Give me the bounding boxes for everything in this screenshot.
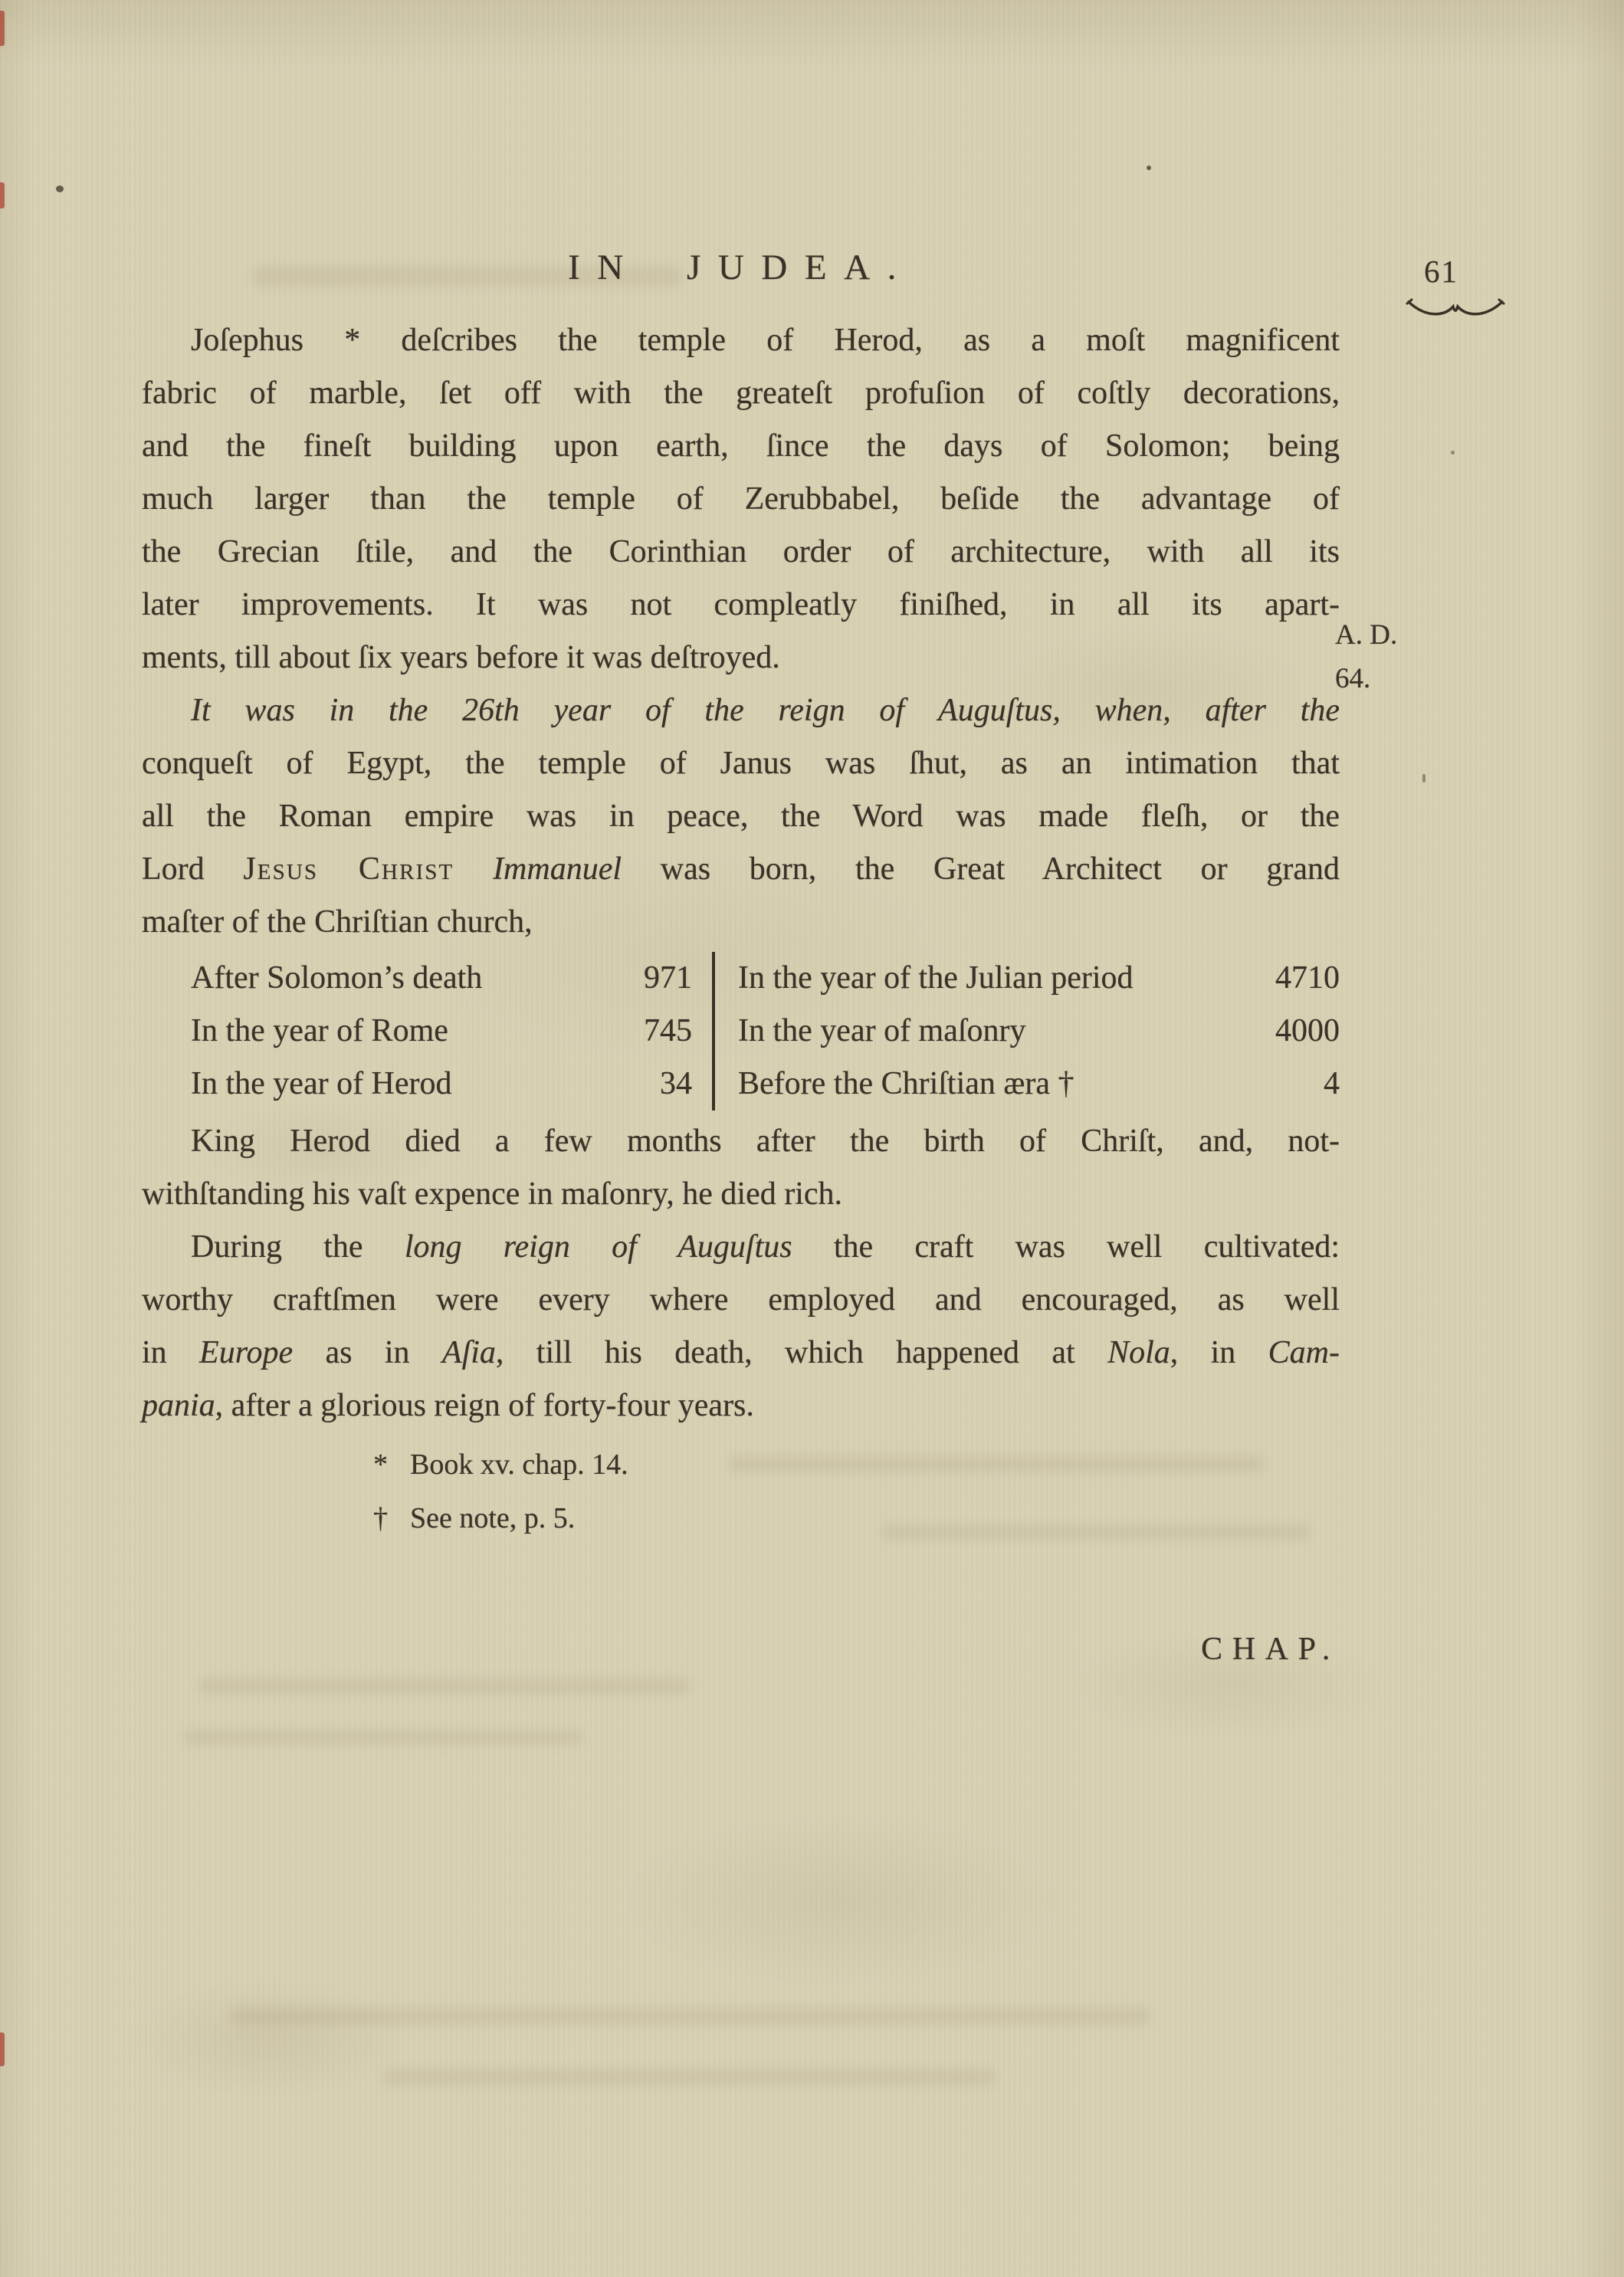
text-segment: was born, the Great Architect or grand: [622, 851, 1340, 887]
text-line: Lord Jesus Christ Immanuel was born, the…: [142, 843, 1340, 896]
page-number-flourish: [1406, 296, 1505, 323]
edge-mark: [0, 11, 5, 46]
chronology-value: 4000: [1255, 1005, 1340, 1058]
text-segment: Nola: [1107, 1335, 1170, 1370]
chronology-table: After Solomon’s death971In the year of R…: [142, 952, 1340, 1111]
text-segment: Immanuel: [493, 851, 622, 887]
chronology-row: In the year of maſonry4000: [738, 1005, 1340, 1058]
footnote: †See note, p. 5.: [373, 1491, 1571, 1545]
running-title: IN JUDEA.: [142, 247, 1340, 288]
chronology-value: 971: [608, 952, 692, 1005]
text-segment: later improvements. It was not compleatl…: [142, 587, 1340, 622]
catchword: CHAP.: [142, 1631, 1380, 1668]
text-segment: Joſephus * deſcribes the temple of Herod…: [191, 323, 1340, 358]
text-segment: Cam-: [1268, 1335, 1340, 1370]
chronology-label: Before the Chriſtian æra †: [738, 1058, 1255, 1111]
text-segment: all the Roman empire was in peace, the W…: [142, 799, 1340, 834]
text-segment: King Herod died a few months after the b…: [191, 1124, 1340, 1159]
text-segment: worthy craftſmen were every where employ…: [142, 1282, 1340, 1317]
ink-speck: [56, 185, 64, 192]
ink-speck: [1422, 774, 1426, 783]
text-segment: conqueſt of Egypt, the temple of Janus w…: [142, 746, 1340, 781]
brace-ornament-icon: [1406, 296, 1505, 323]
margin-note: A. D. 64.: [1335, 613, 1397, 700]
showthrough-smudge: [199, 1678, 690, 1694]
text-line: in Europe as in Aſia, till his death, wh…: [142, 1327, 1340, 1380]
footnote-marker: *: [373, 1438, 410, 1491]
text-line: conqueſt of Egypt, the temple of Janus w…: [142, 737, 1340, 790]
chronology-value: 745: [608, 1005, 692, 1058]
text-segment: in: [142, 1335, 199, 1370]
ink-speck: [1147, 166, 1151, 170]
book-page: IN JUDEA. 61 A. D. 64. Joſephus * deſcri…: [0, 0, 1624, 2277]
text-block: Joſephus * deſcribes the temple of Herod…: [142, 314, 1340, 1432]
text-segment: Lord: [142, 851, 243, 887]
chronology-row: In the year of Rome745: [191, 1005, 692, 1058]
chronology-value: 4: [1255, 1058, 1340, 1111]
margin-note-era: A. D.: [1335, 613, 1397, 657]
chronology-row: In the year of Herod34: [191, 1058, 692, 1111]
footnote-text: Book xv. chap. 14.: [410, 1449, 628, 1481]
text-segment: the craft was well cultivated:: [792, 1229, 1340, 1265]
chronology-value: 4710: [1255, 952, 1340, 1005]
chronology-row: In the year of the Julian period4710: [738, 952, 1340, 1005]
footnote-marker: †: [373, 1491, 410, 1545]
text-line: fabric of marble, ſet off with the great…: [142, 367, 1340, 420]
text-segment: Jesus Christ: [243, 851, 454, 887]
paragraph: It was in the 26th year of the reign of …: [142, 684, 1340, 949]
text-segment: Europe: [199, 1335, 293, 1370]
text-line: much larger than the temple of Zerubbabe…: [142, 473, 1340, 526]
text-line: all the Roman empire was in peace, the W…: [142, 790, 1340, 843]
chronology-row: After Solomon’s death971: [191, 952, 692, 1005]
footnotes: *Book xv. chap. 14. †See note, p. 5.: [142, 1438, 1571, 1545]
text-line: During the long reign of Auguſtus the cr…: [142, 1221, 1340, 1274]
text-segment: ments, till about ſix years before it wa…: [142, 640, 780, 675]
showthrough-smudge: [230, 2008, 1150, 2025]
text-line: later improvements. It was not compleatl…: [142, 579, 1340, 632]
text-line: King Herod died a few months after the b…: [142, 1115, 1340, 1168]
text-segment: , in: [1170, 1335, 1268, 1370]
footnote-text: See note, p. 5.: [410, 1502, 575, 1534]
chronology-value: 34: [608, 1058, 692, 1111]
text-segment: [454, 851, 493, 887]
edge-mark: [0, 182, 5, 208]
chronology-left-column: After Solomon’s death971In the year of R…: [142, 952, 715, 1111]
chronology-label: In the year of maſonry: [738, 1005, 1255, 1058]
paragraph: King Herod died a few months after the b…: [142, 1115, 1340, 1221]
text-segment: Aſia: [442, 1335, 496, 1370]
text-segment: fabric of marble, ſet off with the great…: [142, 376, 1340, 411]
text-segment: , after a glorious reign of forty-four y…: [215, 1388, 754, 1423]
text-line: Joſephus * deſcribes the temple of Herod…: [142, 314, 1340, 367]
edge-mark: [0, 2033, 5, 2066]
text-line: and the fineſt building upon earth, ſinc…: [142, 420, 1340, 473]
text-line: the Grecian ſtile, and the Corinthian or…: [142, 526, 1340, 579]
text-line: worthy craftſmen were every where employ…: [142, 1274, 1340, 1327]
chronology-label: After Solomon’s death: [191, 952, 608, 1005]
text-segment: and the fineſt building upon earth, ſinc…: [142, 428, 1340, 464]
page-number: 61: [1424, 253, 1458, 290]
text-segment: the Grecian ſtile, and the Corinthian or…: [142, 534, 1340, 569]
chronology-right-column: In the year of the Julian period4710In t…: [715, 952, 1340, 1111]
text-line: maſter of the Chriſtian church,: [142, 896, 1340, 949]
text-segment: as in: [293, 1335, 442, 1370]
footnote: *Book xv. chap. 14.: [373, 1438, 1571, 1491]
paragraph: During the long reign of Auguſtus the cr…: [142, 1221, 1340, 1432]
text-segment: It was in the 26th year of the reign of …: [191, 693, 1340, 728]
text-segment: maſter of the Chriſtian church,: [142, 904, 533, 940]
text-line: It was in the 26th year of the reign of …: [142, 684, 1340, 737]
text-segment: , till his death, which happened at: [496, 1335, 1107, 1370]
margin-note-year: 64.: [1335, 657, 1397, 700]
text-segment: During the: [191, 1229, 405, 1265]
chronology-label: In the year of the Julian period: [738, 952, 1255, 1005]
text-line: withſtanding his vaſt expence in maſonry…: [142, 1168, 1340, 1221]
text-segment: long reign of Auguſtus: [405, 1229, 792, 1265]
text-segment: much larger than the temple of Zerubbabe…: [142, 481, 1340, 517]
showthrough-smudge: [184, 1731, 582, 1744]
text-line: ments, till about ſix years before it wa…: [142, 632, 1340, 684]
showthrough-smudge: [383, 2069, 996, 2085]
chronology-row: Before the Chriſtian æra †4: [738, 1058, 1340, 1111]
chronology-label: In the year of Herod: [191, 1058, 608, 1111]
text-segment: pania: [142, 1388, 215, 1423]
text-segment: withſtanding his vaſt expence in maſonry…: [142, 1176, 842, 1212]
ink-speck: [1451, 451, 1455, 454]
paragraph: Joſephus * deſcribes the temple of Herod…: [142, 314, 1340, 684]
text-line: pania, after a glorious reign of forty-f…: [142, 1380, 1340, 1432]
chronology-label: In the year of Rome: [191, 1005, 608, 1058]
